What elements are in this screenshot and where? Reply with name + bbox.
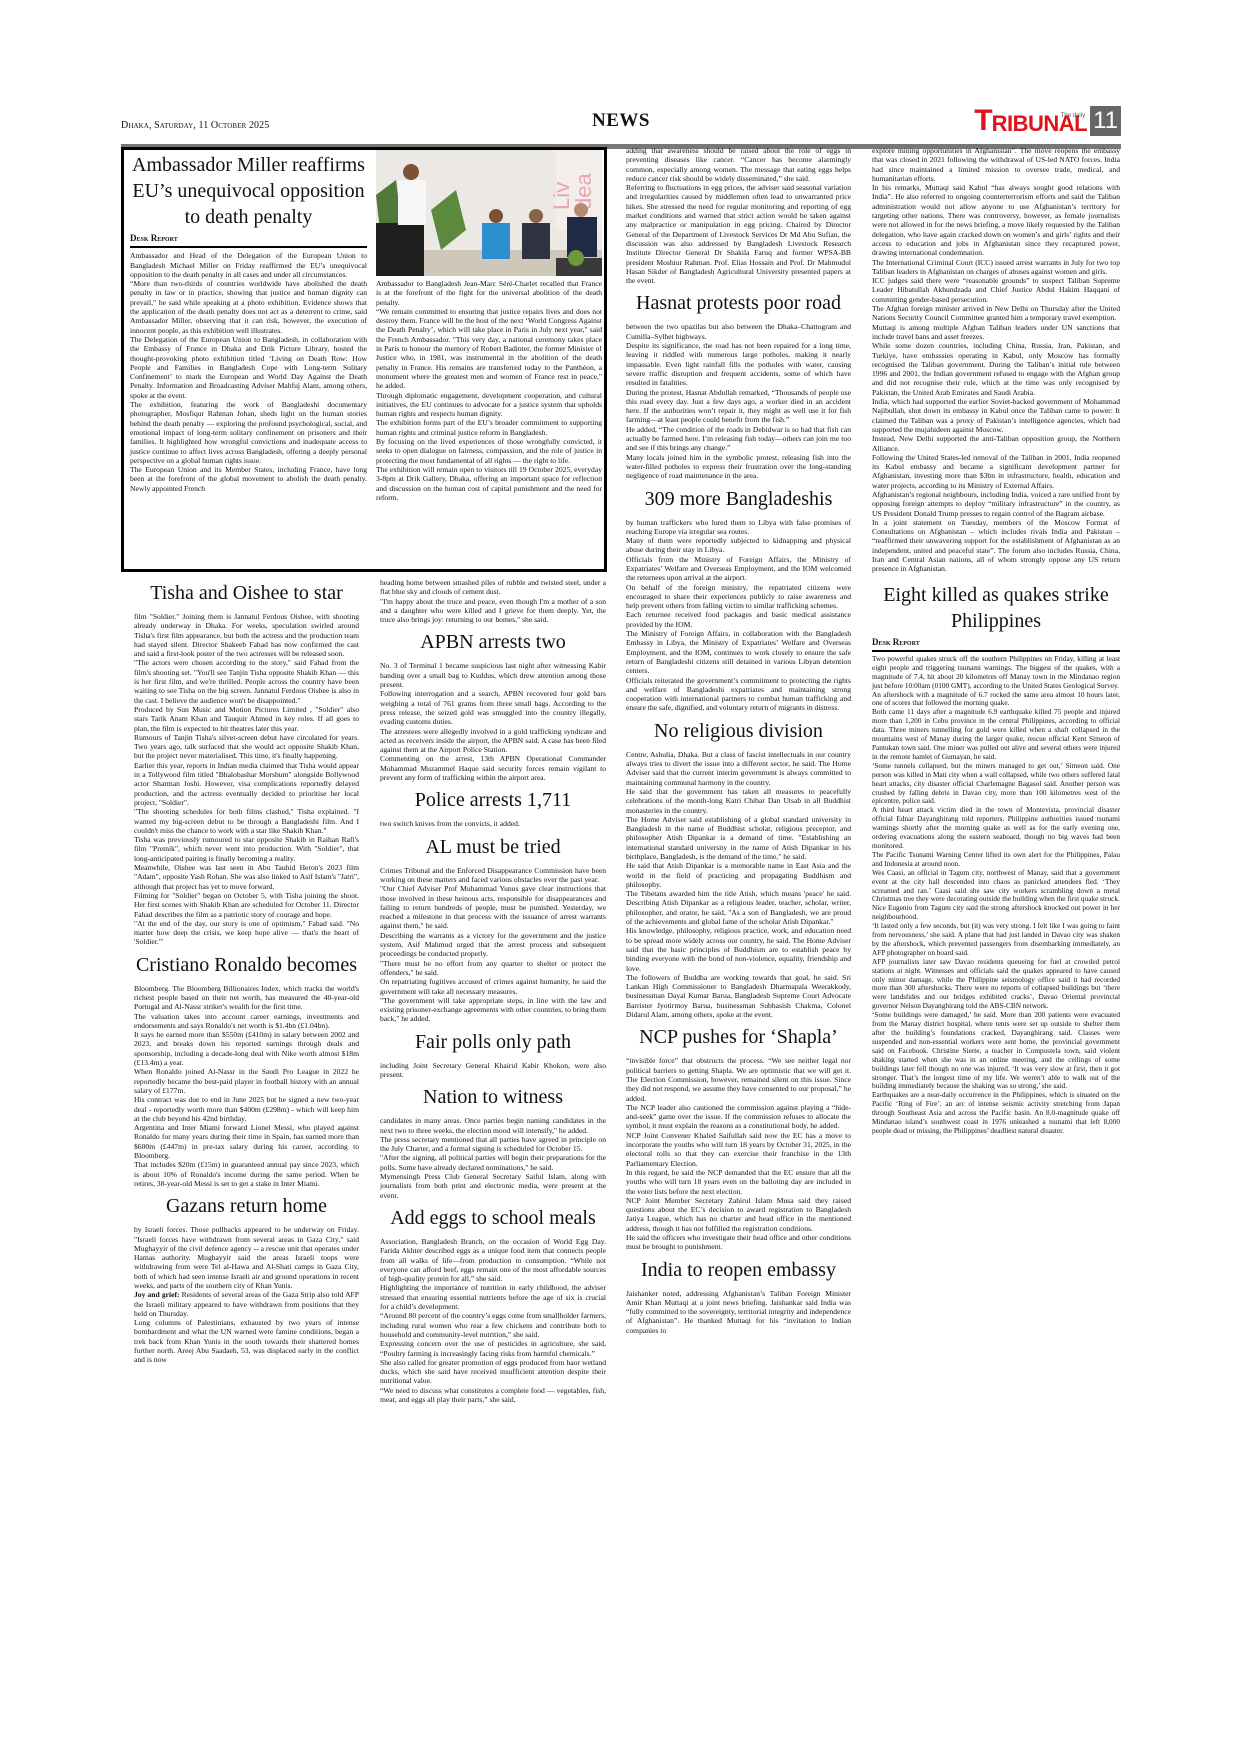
column-1: Tisha and Oishee to star film "Soldier."… bbox=[134, 577, 359, 1365]
headline-religious: No religious division bbox=[626, 719, 851, 743]
headline-police: Police arrests 1,711 bbox=[380, 788, 606, 812]
column-4: explore mining opportunities in Afghanis… bbox=[872, 146, 1120, 1136]
exhibition-photo: Liv dea bbox=[376, 150, 602, 276]
tribunal-logo: T The daily RIBUNAL 11 bbox=[974, 104, 1121, 136]
headline-eggs: Add eggs to school meals bbox=[380, 1206, 606, 1230]
headline-miller: Ambassador Miller reaffirms EU’s unequiv… bbox=[130, 152, 367, 230]
headline-gazans: Gazans return home bbox=[134, 1194, 359, 1218]
page-number: 11 bbox=[1090, 106, 1121, 136]
headline-hasnat: Hasnat protests poor road bbox=[626, 291, 851, 315]
column-3: adding that awareness should be raised a… bbox=[626, 146, 851, 1335]
headline-apbn: APBN arrests two bbox=[380, 630, 606, 654]
byline: Desk Report bbox=[130, 234, 367, 248]
photo-illustration: Liv dea bbox=[376, 150, 602, 276]
masthead: Dhaka, Saturday, 11 October 2025 NEWS T … bbox=[121, 104, 1121, 144]
headline-quakes: Eight killed as quakes strike Philippine… bbox=[872, 582, 1120, 634]
logo-t: T bbox=[974, 106, 991, 136]
lead-story-right-column: Ambassador to Bangladesh Jean-Marc Séré-… bbox=[376, 279, 602, 502]
column-2: heading home between smashed piles of ru… bbox=[380, 578, 606, 1404]
section-title: NEWS bbox=[121, 110, 1121, 132]
headline-nation: Nation to witness bbox=[380, 1085, 606, 1109]
newspaper-page: Dhaka, Saturday, 11 October 2025 NEWS T … bbox=[0, 0, 1241, 1754]
headline-ronaldo: Cristiano Ronaldo becomes bbox=[134, 953, 359, 977]
headline-tisha: Tisha and Oishee to star bbox=[134, 581, 359, 605]
quakes-body: Two powerful quakes struck off the south… bbox=[872, 655, 1120, 1136]
lead-story-left-column: Ambassador Miller reaffirms EU’s unequiv… bbox=[130, 152, 367, 493]
headline-bangladeshis: 309 more Bangladeshis bbox=[626, 487, 851, 511]
headline-fair-polls: Fair polls only path bbox=[380, 1030, 606, 1054]
headline-al: AL must be tried bbox=[380, 835, 606, 859]
logo-the-daily: The daily bbox=[1061, 104, 1085, 128]
subhead-joy-and-grief: Joy and grief: bbox=[134, 1290, 180, 1299]
byline: Desk Report bbox=[872, 638, 1120, 652]
logo-wordmark: The daily RIBUNAL bbox=[992, 112, 1088, 136]
headline-india: India to reopen embassy bbox=[626, 1258, 851, 1282]
headline-ncp: NCP pushes for ‘Shapla’ bbox=[626, 1025, 851, 1049]
